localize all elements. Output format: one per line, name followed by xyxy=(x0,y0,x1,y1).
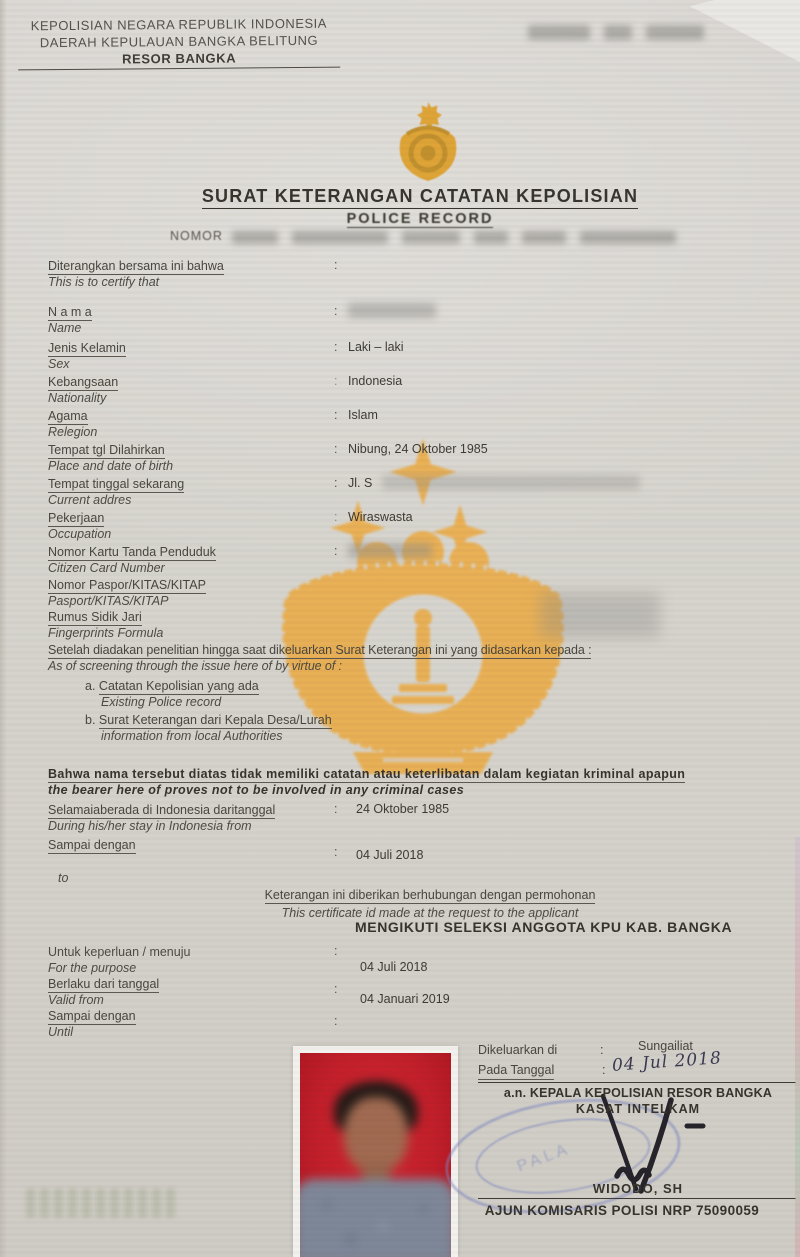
field-value: Wiraswasta xyxy=(348,510,413,524)
field-value: Laki – laki xyxy=(348,340,404,354)
field-value: Islam xyxy=(348,408,378,422)
field-label: Nomor Paspor/KITAS/KITAP xyxy=(48,578,206,594)
field-row-tempat-lahir: Tempat tgl Dilahirkan Place and date of … xyxy=(48,442,173,474)
polri-emblem-icon xyxy=(386,98,470,190)
purpose-translation: Until xyxy=(48,1025,73,1039)
to-label: to xyxy=(58,870,68,886)
redacted-name-value xyxy=(348,303,436,318)
scan-right-edge-artifact xyxy=(795,837,800,1257)
item-prefix: b. xyxy=(85,713,95,727)
stay-row: Selamaiaberada di Indonesia daritanggal … xyxy=(48,802,275,834)
until-label: Sampai dengan xyxy=(48,838,136,854)
item-label: Surat Keterangan dari Kepala Desa/Lurah xyxy=(99,713,332,729)
field-translation: Sex xyxy=(48,357,70,371)
field-translation: Fingerprints Formula xyxy=(48,626,163,640)
intro-row: Diterangkan bersama ini bahwa This is to… xyxy=(48,258,224,290)
field-translation: Pasport/KITAS/KITAP xyxy=(48,594,168,608)
field-colon: : xyxy=(334,340,337,354)
faint-watermark-artifact xyxy=(26,1188,176,1218)
issue-date-label: Pada Tanggal xyxy=(478,1062,554,1080)
field-label: Rumus Sidik Jari xyxy=(48,610,142,626)
stay-colon: : xyxy=(334,802,337,816)
field-row-pekerjaan: Pekerjaan Occupation xyxy=(48,510,111,542)
scan-left-edge xyxy=(0,0,7,1257)
field-label: Jenis Kelamin xyxy=(48,341,126,357)
field-row-paspor: Nomor Paspor/KITAS/KITAP Pasport/KITAS/K… xyxy=(48,577,206,609)
stay-label: Selamaiaberada di Indonesia daritanggal xyxy=(48,803,275,819)
purpose-translation: Valid from xyxy=(48,993,104,1007)
letterhead-line2: DAERAH KEPULAUAN BANGKA BELITUNG xyxy=(18,32,340,52)
nomor-value-redacted xyxy=(232,229,690,247)
letterhead-line3: RESOR BANGKA xyxy=(18,49,340,69)
letterhead: KEPOLISIAN NEGARA REPUBLIK INDONESIA DAE… xyxy=(18,15,340,71)
issue-rule-bottom xyxy=(478,1198,796,1199)
issue-date-colon: : xyxy=(602,1062,605,1078)
field-colon: : xyxy=(334,442,337,456)
field-translation: Occupation xyxy=(48,527,111,541)
applicant-photo xyxy=(293,1046,458,1257)
purpose-translation: For the purpose xyxy=(48,961,136,975)
purpose-row-1: Untuk keperluan / menuju For the purpose xyxy=(48,944,190,976)
purpose-label: Untuk keperluan / menuju xyxy=(48,945,190,959)
until-value: 04 Juli 2018 xyxy=(356,848,423,862)
photo-red-background xyxy=(300,1053,451,1257)
field-translation: Place and date of birth xyxy=(48,459,173,473)
until-colon: : xyxy=(334,845,337,859)
an-kepala-line: a.n. KEPALA KEPOLISIAN RESOR BANGKA xyxy=(480,1086,796,1100)
purpose-row-2: Berlaku dari tanggal Valid from xyxy=(48,976,159,1008)
redacted-fingerprint-value xyxy=(540,592,660,638)
field-row-alamat: Tempat tinggal sekarang Current addres xyxy=(48,476,184,508)
redacted-ktp-value xyxy=(348,543,432,558)
screening-id-line: Setelah diadakan penelitian hingga saat … xyxy=(48,643,591,659)
field-translation: Name xyxy=(48,321,81,335)
until-row: Sampai dengan xyxy=(48,837,136,853)
purpose-label: Berlaku dari tanggal xyxy=(48,977,159,993)
field-label: Kebangsaan xyxy=(48,375,118,391)
intro-translation: This is to certify that xyxy=(48,275,159,289)
field-translation: Relegion xyxy=(48,425,97,439)
field-row-jenis-kelamin: Jenis Kelamin Sex xyxy=(48,340,126,372)
field-label: Nomor Kartu Tanda Penduduk xyxy=(48,545,216,561)
screening-en-line: As of screening through the issue here o… xyxy=(48,659,342,673)
field-value: Jl. S xyxy=(348,476,372,490)
field-translation: Current addres xyxy=(48,493,131,507)
applicant-portrait-blurred xyxy=(300,1053,451,1257)
item-translation: information from local Authorities xyxy=(101,729,283,743)
field-label: Tempat tgl Dilahirkan xyxy=(48,443,165,459)
field-colon: : xyxy=(334,510,337,524)
nomor-label: NOMOR xyxy=(170,228,223,244)
intro-label: Diterangkan bersama ini bahwa xyxy=(48,259,224,275)
field-colon: : xyxy=(334,544,337,558)
stay-translation: During his/her stay in Indonesia from xyxy=(48,819,252,833)
officer-rank: AJUN KOMISARIS POLISI NRP 75090059 xyxy=(447,1203,797,1218)
purpose-colon: : xyxy=(334,1014,337,1028)
redacted-address-value xyxy=(382,475,640,490)
purpose-value: 04 Juli 2018 xyxy=(360,960,427,974)
issued-at-label: Dikeluarkan di xyxy=(478,1042,557,1058)
field-row-kebangsaan: Kebangsaan Nationality xyxy=(48,374,118,406)
field-translation: Citizen Card Number xyxy=(48,561,165,575)
screening-item-a: a. Catatan Kepolisian yang ada Existing … xyxy=(85,678,259,710)
intro-colon: : xyxy=(334,258,337,272)
field-label: N a m a xyxy=(48,305,92,321)
field-colon: : xyxy=(334,374,337,388)
title-line2: POLICE RECORD xyxy=(347,211,494,228)
purpose-colon: : xyxy=(334,944,337,958)
statement-id: Bahwa nama tersebut diatas tidak memilik… xyxy=(48,767,685,783)
request-line1: Keterangan ini diberikan berhubungan den… xyxy=(265,888,596,904)
scanned-police-record-document: KEPOLISIAN NEGARA REPUBLIK INDONESIA DAE… xyxy=(0,0,800,1257)
item-prefix: a. xyxy=(85,679,95,693)
field-row-sidik-jari: Rumus Sidik Jari Fingerprints Formula xyxy=(48,609,163,641)
request-line2: This certificate id made at the request … xyxy=(282,906,579,920)
stay-value: 24 Oktober 1985 xyxy=(356,802,449,816)
field-row-agama: Agama Relegion xyxy=(48,408,97,440)
item-translation: Existing Police record xyxy=(101,695,221,709)
kasat-intelkam-line: KASAT INTELKAM xyxy=(480,1102,796,1116)
issue-rule-top xyxy=(478,1082,796,1083)
screening-item-b: b. Surat Keterangan dari Kepala Desa/Lur… xyxy=(85,712,332,744)
top-right-number-redacted xyxy=(528,24,718,42)
title-line1: SURAT KETERANGAN CATATAN KEPOLISIAN xyxy=(202,186,638,209)
document-title: SURAT KETERANGAN CATATAN KEPOLISIAN POLI… xyxy=(130,186,710,228)
field-value: Indonesia xyxy=(348,374,402,388)
purpose-colon: : xyxy=(334,982,337,996)
field-colon: : xyxy=(334,476,337,490)
statement-en: the bearer here of proves not to be invo… xyxy=(48,783,464,797)
officer-name: WIDODO, SH xyxy=(480,1181,796,1196)
request-block: Keterangan ini diberikan berhubungan den… xyxy=(190,886,670,922)
field-label: Agama xyxy=(48,409,88,425)
item-label: Catatan Kepolisian yang ada xyxy=(99,679,259,695)
field-colon: : xyxy=(334,408,337,422)
field-colon: : xyxy=(334,304,337,318)
issued-at-colon: : xyxy=(600,1042,603,1058)
field-row-ktp: Nomor Kartu Tanda Penduduk Citizen Card … xyxy=(48,544,216,576)
field-value: Nibung, 24 Oktober 1985 xyxy=(348,442,488,456)
statement-block: Bahwa nama tersebut diatas tidak memilik… xyxy=(48,766,685,798)
screening-block: Setelah diadakan penelitian hingga saat … xyxy=(48,642,591,674)
purpose-value: 04 Januari 2019 xyxy=(360,992,450,1006)
issue-date-handwritten: 04 Jul 2018 xyxy=(611,1048,722,1076)
purpose-row-3: Sampai dengan Until xyxy=(48,1008,136,1040)
field-label: Tempat tinggal sekarang xyxy=(48,477,184,493)
field-row-nama: N a m a Name xyxy=(48,304,92,336)
field-translation: Nationality xyxy=(48,391,106,405)
purpose-label: Sampai dengan xyxy=(48,1009,136,1025)
stamp-text-fragment: PALA xyxy=(515,1140,573,1175)
field-label: Pekerjaan xyxy=(48,511,104,527)
request-line3: MENGIKUTI SELEKSI ANGGOTA KPU KAB. BANGK… xyxy=(355,919,732,935)
